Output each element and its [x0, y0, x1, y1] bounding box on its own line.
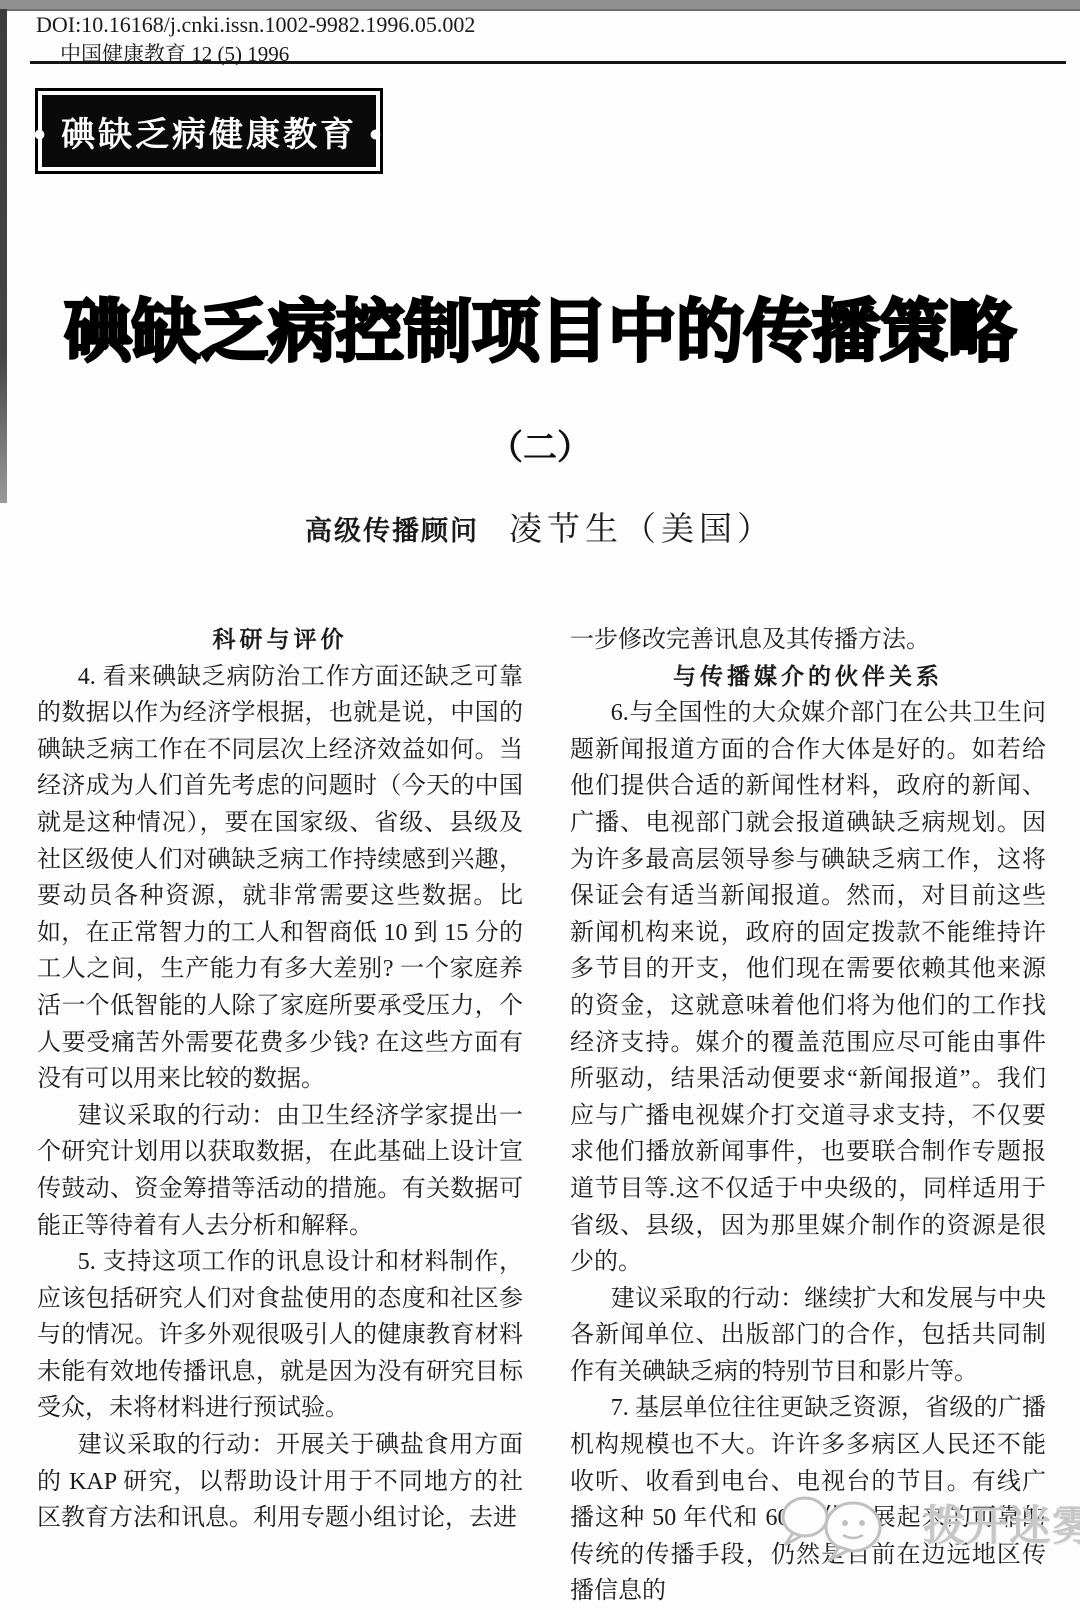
- paragraph: 建议采取的行动：开展关于碘盐食用方面的 KAP 研究，以帮助设计用于不同地方的社…: [37, 1427, 523, 1537]
- author-name: 凌节生（美国）: [509, 503, 775, 550]
- section-heading: 科研与评价: [37, 622, 523, 659]
- scan-edge-top: [0, 0, 1080, 11]
- column-topic-badge-label: • 碘缺乏病健康教育 •: [42, 95, 376, 167]
- column-topic-badge: • 碘缺乏病健康教育 •: [35, 88, 383, 174]
- article-title: 碘缺乏病控制项目中的传播策略: [0, 278, 1080, 375]
- article-part-number: （二）: [0, 420, 1080, 469]
- scanned-journal-page: DOI:10.16168/j.cnki.issn.1002-9982.1996.…: [0, 0, 1080, 1610]
- wechat-icon: [775, 1483, 915, 1563]
- body-columns: 科研与评价 4. 看来碘缺乏病防治工作方面还缺乏可靠的数据以作为经济学根据，也就…: [37, 622, 1046, 1610]
- paragraph: 建议采取的行动：继续扩大和发展与中央各新闻单位、出版部门的合作，包括共同制作有关…: [570, 1281, 1046, 1391]
- header-rule: [30, 61, 1066, 64]
- paragraph: 建议采取的行动：由卫生经济学家提出一个研究计划用以获取数据，在此基础上设计宣传鼓…: [37, 1098, 523, 1244]
- watermark-text: 拨开迷雾看世界: [923, 1493, 1080, 1553]
- body-column-left: 科研与评价 4. 看来碘缺乏病防治工作方面还缺乏可靠的数据以作为经济学根据，也就…: [37, 622, 523, 1610]
- paragraph-continuation: 一步修改完善讯息及其传播方法。: [570, 622, 1046, 659]
- watermark: 拨开迷雾看世界: [775, 1483, 1080, 1563]
- paragraph: 6.与全国性的大众媒介部门在公共卫生问题新闻报道方面的合作大体是好的。如若给他们…: [570, 695, 1046, 1281]
- section-heading: 与传播媒介的伙伴关系: [570, 659, 1046, 696]
- author-role: 高级传播顾问: [305, 509, 479, 548]
- paragraph: 5. 支持这项工作的讯息设计和材料制作，应该包括研究人们对食盐使用的态度和社区参…: [37, 1244, 523, 1427]
- body-column-right: 一步修改完善讯息及其传播方法。 与传播媒介的伙伴关系 6.与全国性的大众媒介部门…: [570, 622, 1046, 1610]
- doi-line: DOI:10.16168/j.cnki.issn.1002-9982.1996.…: [36, 12, 475, 38]
- paragraph: 4. 看来碘缺乏病防治工作方面还缺乏可靠的数据以作为经济学根据，也就是说，中国的…: [37, 659, 523, 1098]
- byline: 高级传播顾问 凌节生（美国）: [0, 503, 1080, 550]
